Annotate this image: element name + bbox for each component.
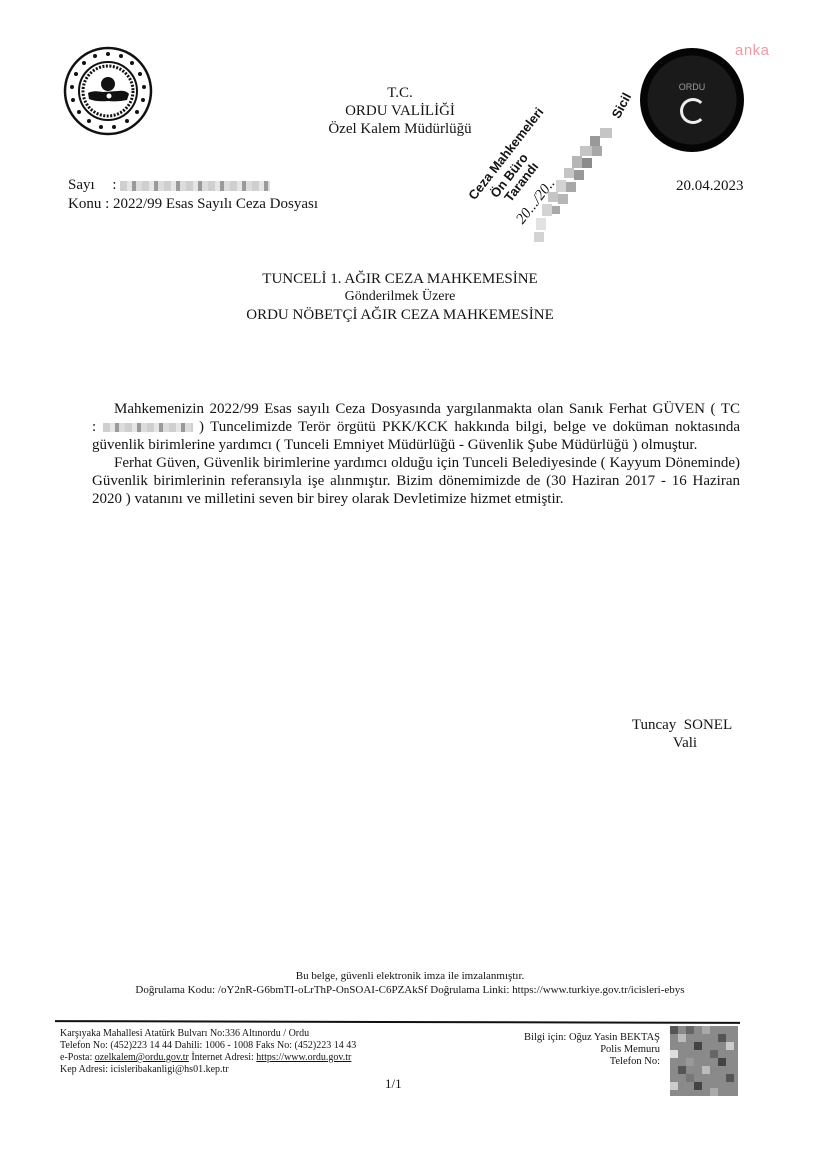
tc-prefix: : (92, 419, 96, 435)
paragraph-1a: Mahkemenizin 2022/99 Esas sayılı Ceza Do… (92, 400, 740, 418)
recipient-line-2: Gönderilmek Üzere (200, 288, 600, 306)
info-rank: Polis Memuru (505, 1044, 660, 1056)
redacted-qr-code (670, 1026, 738, 1096)
paragraph-1b: : ) Tuncelimizde Terör örgütü PKK/KCK ha… (92, 418, 740, 454)
contact-line: e-Posta: ozelkalem@ordu.gov.tr İnternet … (60, 1052, 356, 1064)
address-line: Karşıyaka Mahallesi Atatürk Bulvarı No:3… (60, 1028, 356, 1040)
official-seal-stamp: ORDU (640, 48, 744, 152)
esign-notice: Bu belge, güvenli elektronik imza ile im… (100, 969, 720, 997)
esign-line: Bu belge, güvenli elektronik imza ile im… (100, 969, 720, 983)
verification-link-label: Doğrulama Linki: (430, 984, 509, 996)
signer-title: Vali (630, 734, 740, 752)
paragraph-2: Ferhat Güven, Güvenlik birimlerine yardı… (92, 454, 740, 508)
seal-text: ORDU (640, 82, 744, 92)
sayi-sep: : (112, 177, 116, 193)
footer-address: Karşıyaka Mahallesi Atatürk Bulvarı No:3… (60, 1028, 356, 1076)
konu-row: Konu : 2022/99 Esas Sayılı Ceza Dosyası (68, 195, 318, 214)
konu-value: 2022/99 Esas Sayılı Ceza Dosyası (113, 196, 318, 212)
email-label: e-Posta: (60, 1052, 92, 1063)
verification-link[interactable]: https://www.turkiye.gov.tr/icisleri-ebys (512, 984, 684, 996)
crescent-icon (680, 98, 706, 124)
footer-divider (55, 1020, 740, 1024)
verification-code: /oY2nR-G6bmTI-oLrThP-OnSOAI-C6PZAkSf (218, 984, 428, 996)
redacted-signature (530, 128, 640, 248)
anka-watermark: anka (735, 42, 770, 59)
letter-body: Mahkemenizin 2022/99 Esas sayılı Ceza Do… (92, 400, 740, 508)
info-phone: Telefon No: (505, 1056, 660, 1068)
tc-redacted (103, 423, 193, 432)
signature-block: Tuncay SONEL Vali (630, 716, 740, 752)
recipient-line-1: TUNCELİ 1. AĞIR CEZA MAHKEMESİNE (200, 270, 600, 288)
contact-info: Bilgi için: Oğuz Yasin BEKTAŞ Polis Memu… (505, 1032, 660, 1068)
sayi-row: Sayı : (68, 176, 318, 195)
document-date: 20.04.2023 (676, 178, 744, 195)
turkish-state-seal-icon (63, 46, 153, 136)
konu-sep: : (105, 196, 109, 212)
recipient-line-3: ORDU NÖBETÇİ AĞIR CEZA MAHKEMESİNE (200, 306, 600, 324)
sayi-label: Sayı (68, 177, 95, 193)
phone-line: Telefon No: (452)223 14 44 Dahili: 1006 … (60, 1040, 356, 1052)
verification-line: Doğrulama Kodu: /oY2nR-G6bmTI-oLrThP-OnS… (100, 983, 720, 997)
verification-code-label: Doğrulama Kodu: (135, 984, 215, 996)
sicil-label: Sicil (608, 90, 634, 121)
web-link[interactable]: https://www.ordu.gov.tr (256, 1052, 351, 1063)
web-label: İnternet Adresi: (191, 1052, 253, 1063)
kep-line: Kep Adresi: icisleribakanligi@hs01.kep.t… (60, 1064, 356, 1076)
page-number: 1/1 (385, 1076, 402, 1092)
sayi-redacted (120, 181, 270, 191)
recipient-block: TUNCELİ 1. AĞIR CEZA MAHKEMESİNE Gönderi… (200, 270, 600, 324)
signer-name: Tuncay SONEL (624, 716, 740, 734)
document-meta: Sayı : Konu : 2022/99 Esas Sayılı Ceza D… (68, 176, 318, 214)
email-link[interactable]: ozelkalem@ordu.gov.tr (95, 1052, 189, 1063)
info-contact-person: Bilgi için: Oğuz Yasin BEKTAŞ (505, 1032, 660, 1044)
konu-label: Konu (68, 196, 101, 212)
